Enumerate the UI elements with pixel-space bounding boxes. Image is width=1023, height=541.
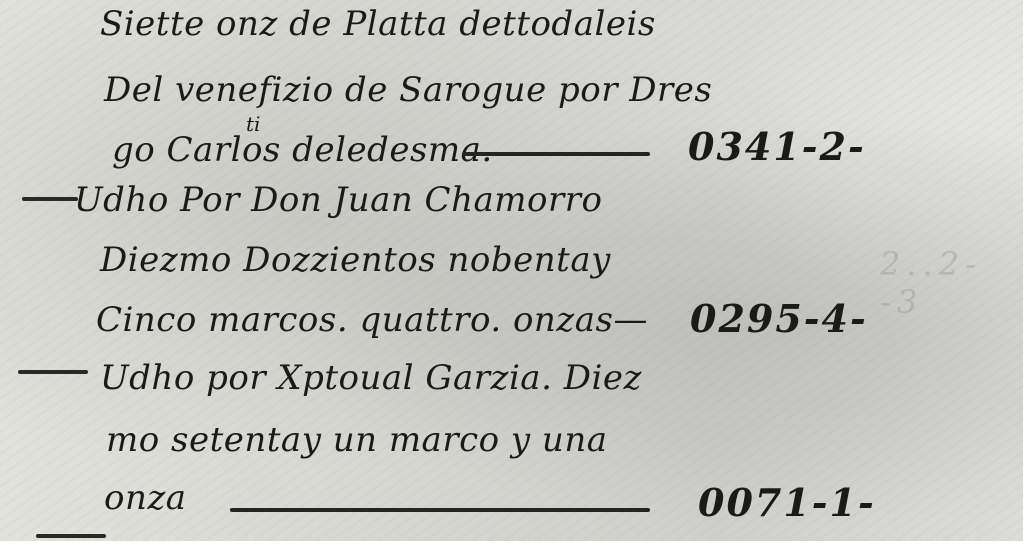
fill-rule-1 — [462, 152, 650, 156]
ledger-line-8: mo setentay un marco y una — [106, 420, 607, 460]
amount-1: 0341-2- — [688, 124, 866, 169]
manuscript-page: 2..2--3 Siette onz de Platta dettodaleis… — [0, 0, 1023, 541]
bleedthrough-text: 2..2--3 — [880, 245, 1023, 321]
fill-rule-2 — [230, 508, 650, 512]
ledger-line-6: Cinco marcos. quattro. onzas— — [96, 300, 648, 340]
ledger-line-4: Udho Por Don Juan Chamorro — [74, 180, 602, 220]
amount-3: 0071-1- — [698, 480, 876, 525]
ledger-line-1: Siette onz de Platta dettodaleis — [100, 4, 656, 44]
entry-dash-3 — [36, 534, 106, 538]
ledger-line-2: Del venefizio de Sarogue por Dres — [104, 70, 712, 110]
ledger-line-9: onza — [104, 478, 187, 518]
entry-dash-2 — [18, 370, 88, 374]
entry-dash-1 — [22, 197, 78, 201]
ledger-line-5: Diezmo Dozzientos nobentay — [100, 240, 611, 280]
ledger-line-7: Udho por Xptoual Garzia. Diez — [100, 358, 642, 398]
amount-2: 0295-4- — [690, 296, 868, 341]
ledger-line-3: go Carlos deledesma. — [112, 130, 493, 170]
